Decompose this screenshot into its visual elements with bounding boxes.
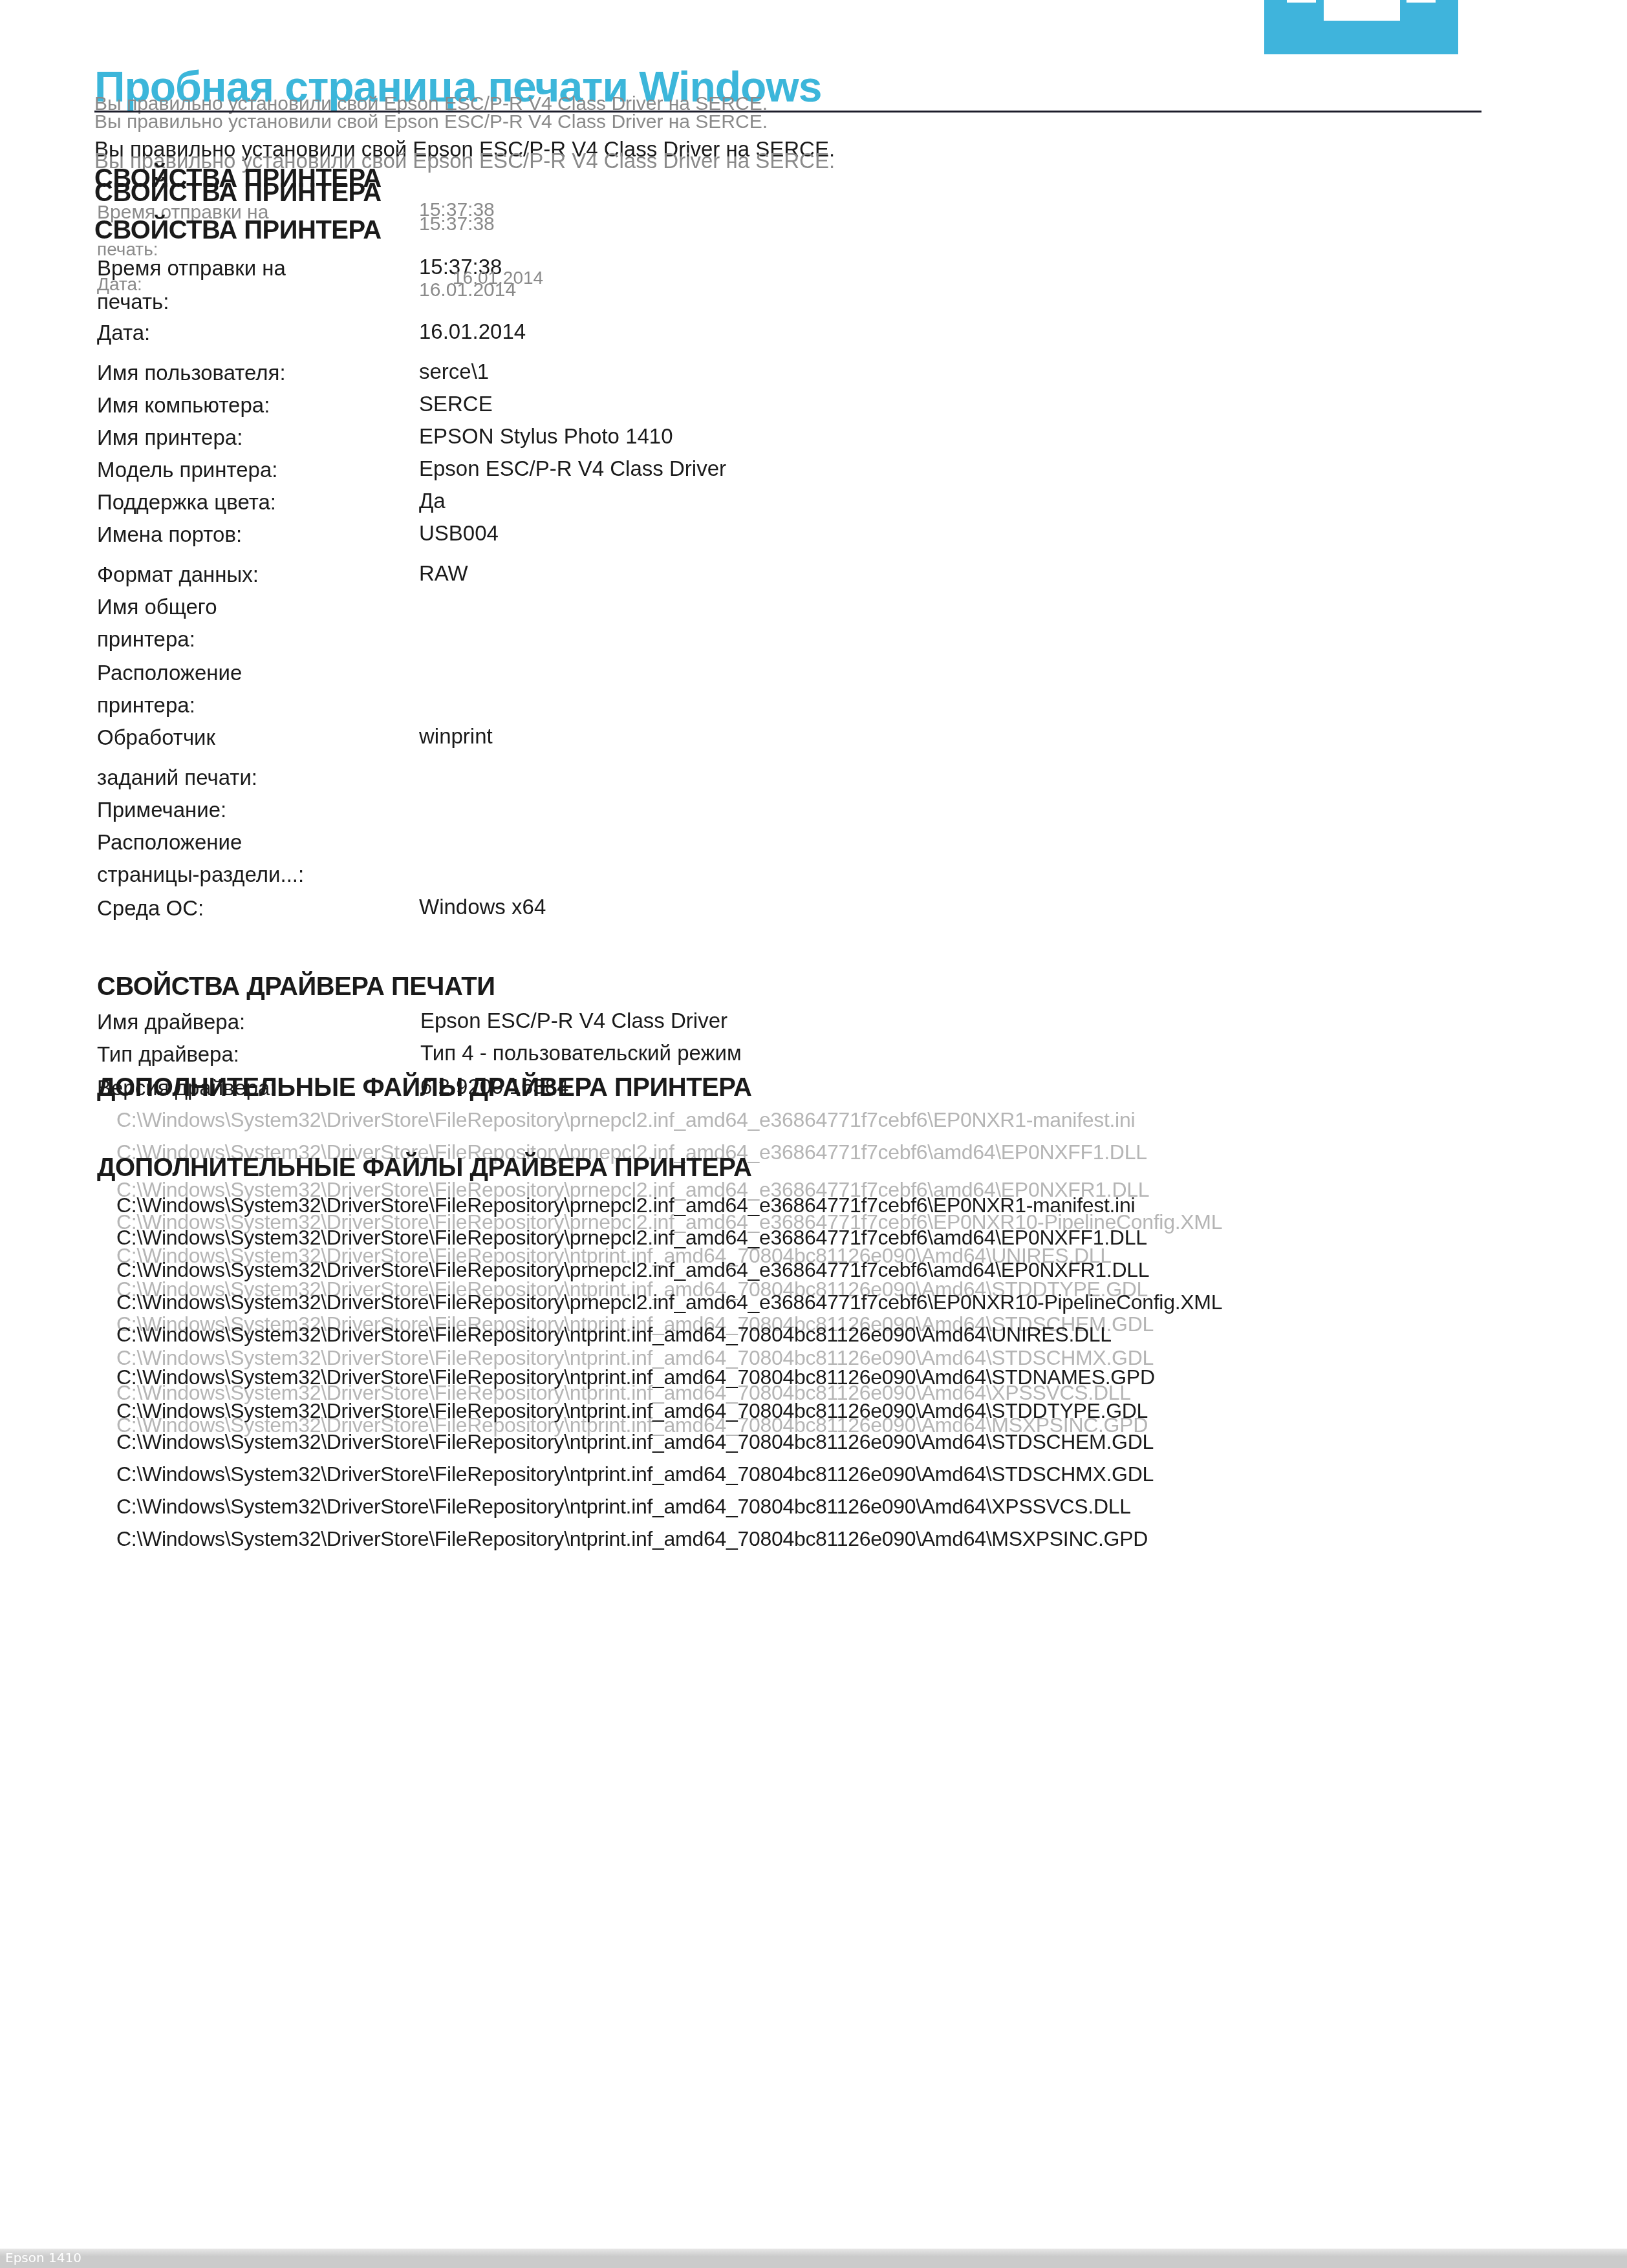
share-name-label-cont: принтера:	[97, 627, 195, 652]
driver-file-item: C:\Windows\System32\DriverStore\FileRepo…	[116, 1365, 1155, 1389]
driver-name-label: Имя драйвера:	[97, 1010, 245, 1034]
driver-file-item: C:\Windows\System32\DriverStore\FileRepo…	[116, 1462, 1154, 1486]
share-name-label: Имя общего	[97, 595, 217, 619]
send-time-value-ghost: 15:37:38	[419, 213, 495, 235]
location-label: Расположение	[97, 661, 242, 685]
driver-file-item: C:\Windows\System32\DriverStore\FileRepo…	[116, 1193, 1135, 1217]
color-support-label: Поддержка цвета:	[97, 490, 276, 515]
printer-model-label: Модель принтера:	[97, 458, 277, 482]
printer-name-value: EPSON Stylus Photo 1410	[419, 424, 673, 449]
user-name-label: Имя пользователя:	[97, 361, 286, 385]
driver-file-item: C:\Windows\System32\DriverStore\FileRepo…	[116, 1430, 1154, 1454]
footer-label: Epson 1410	[5, 2250, 81, 2265]
driver-type-label: Тип драйвера:	[97, 1042, 239, 1067]
logo-notch	[1287, 0, 1316, 3]
date-value: 16.01.2014	[419, 319, 526, 344]
os-environment-label: Среда ОС:	[97, 896, 204, 921]
location-label-cont: принтера:	[97, 693, 195, 718]
driver-file-item: C:\Windows\System32\DriverStore\FileRepo…	[116, 1290, 1222, 1314]
comment-label: Примечание:	[97, 798, 226, 822]
driver-file-item: C:\Windows\System32\DriverStore\FileRepo…	[116, 1495, 1131, 1519]
driver-file-ghost-item: C:\Windows\System32\DriverStore\FileRepo…	[116, 1108, 1135, 1132]
separator-page-label-cont: страницы-раздели...:	[97, 862, 304, 887]
driver-file-item: C:\Windows\System32\DriverStore\FileRepo…	[116, 1399, 1148, 1423]
computer-name-value: SERCE	[419, 392, 493, 416]
driver-name-value: Epson ESC/P-R V4 Class Driver	[420, 1009, 727, 1033]
print-processor-value: winprint	[419, 724, 493, 749]
date-value-ghost: 16.01.2014	[419, 279, 516, 301]
data-format-value: RAW	[419, 561, 468, 586]
driver-file-item: C:\Windows\System32\DriverStore\FileRepo…	[116, 1226, 1147, 1250]
logo-notch	[1324, 0, 1400, 21]
windows-printer-logo-icon	[1264, 0, 1458, 54]
user-name-value: serce\1	[419, 359, 489, 384]
driver-version-value: 6.2.9200.16384	[420, 1075, 568, 1099]
data-format-label: Формат данных:	[97, 562, 259, 587]
printer-name-label: Имя принтера:	[97, 425, 242, 450]
date-label: Дата:	[97, 321, 150, 345]
os-environment-value: Windows x64	[419, 895, 546, 919]
logo-notch	[1406, 0, 1436, 3]
driver-type-value: Тип 4 - пользовательский режим	[420, 1041, 742, 1065]
driver-file-item: C:\Windows\System32\DriverStore\FileRepo…	[116, 1323, 1112, 1347]
driver-properties-heading: СВОЙСТВА ДРАЙВЕРА ПЕЧАТИ	[97, 972, 495, 1001]
intro-ghost-2: Вы правильно установили свой Epson ESC/P…	[94, 111, 768, 133]
print-processor-label-cont: заданий печати:	[97, 765, 257, 790]
print-processor-label: Обработчик	[97, 725, 215, 750]
separator-page-label: Расположение	[97, 830, 242, 855]
footer-bar: Epson 1410	[0, 2249, 1627, 2268]
driver-file-item: C:\Windows\System32\DriverStore\FileRepo…	[116, 1527, 1148, 1551]
send-time-label-cont: печать:	[97, 290, 169, 314]
color-support-value: Да	[419, 489, 446, 513]
port-names-value: USB004	[419, 521, 499, 546]
driver-version-label: Версия драйвера:	[97, 1076, 275, 1100]
driver-files-heading: ДОПОЛНИТЕЛЬНЫЕ ФАЙЛЫ ДРАЙВЕРА ПРИНТЕРА	[97, 1153, 751, 1182]
computer-name-label: Имя компьютера:	[97, 393, 270, 418]
port-names-label: Имена портов:	[97, 522, 242, 547]
printer-model-value: Epson ESC/P-R V4 Class Driver	[419, 456, 726, 481]
driver-file-item: C:\Windows\System32\DriverStore\FileRepo…	[116, 1258, 1149, 1282]
